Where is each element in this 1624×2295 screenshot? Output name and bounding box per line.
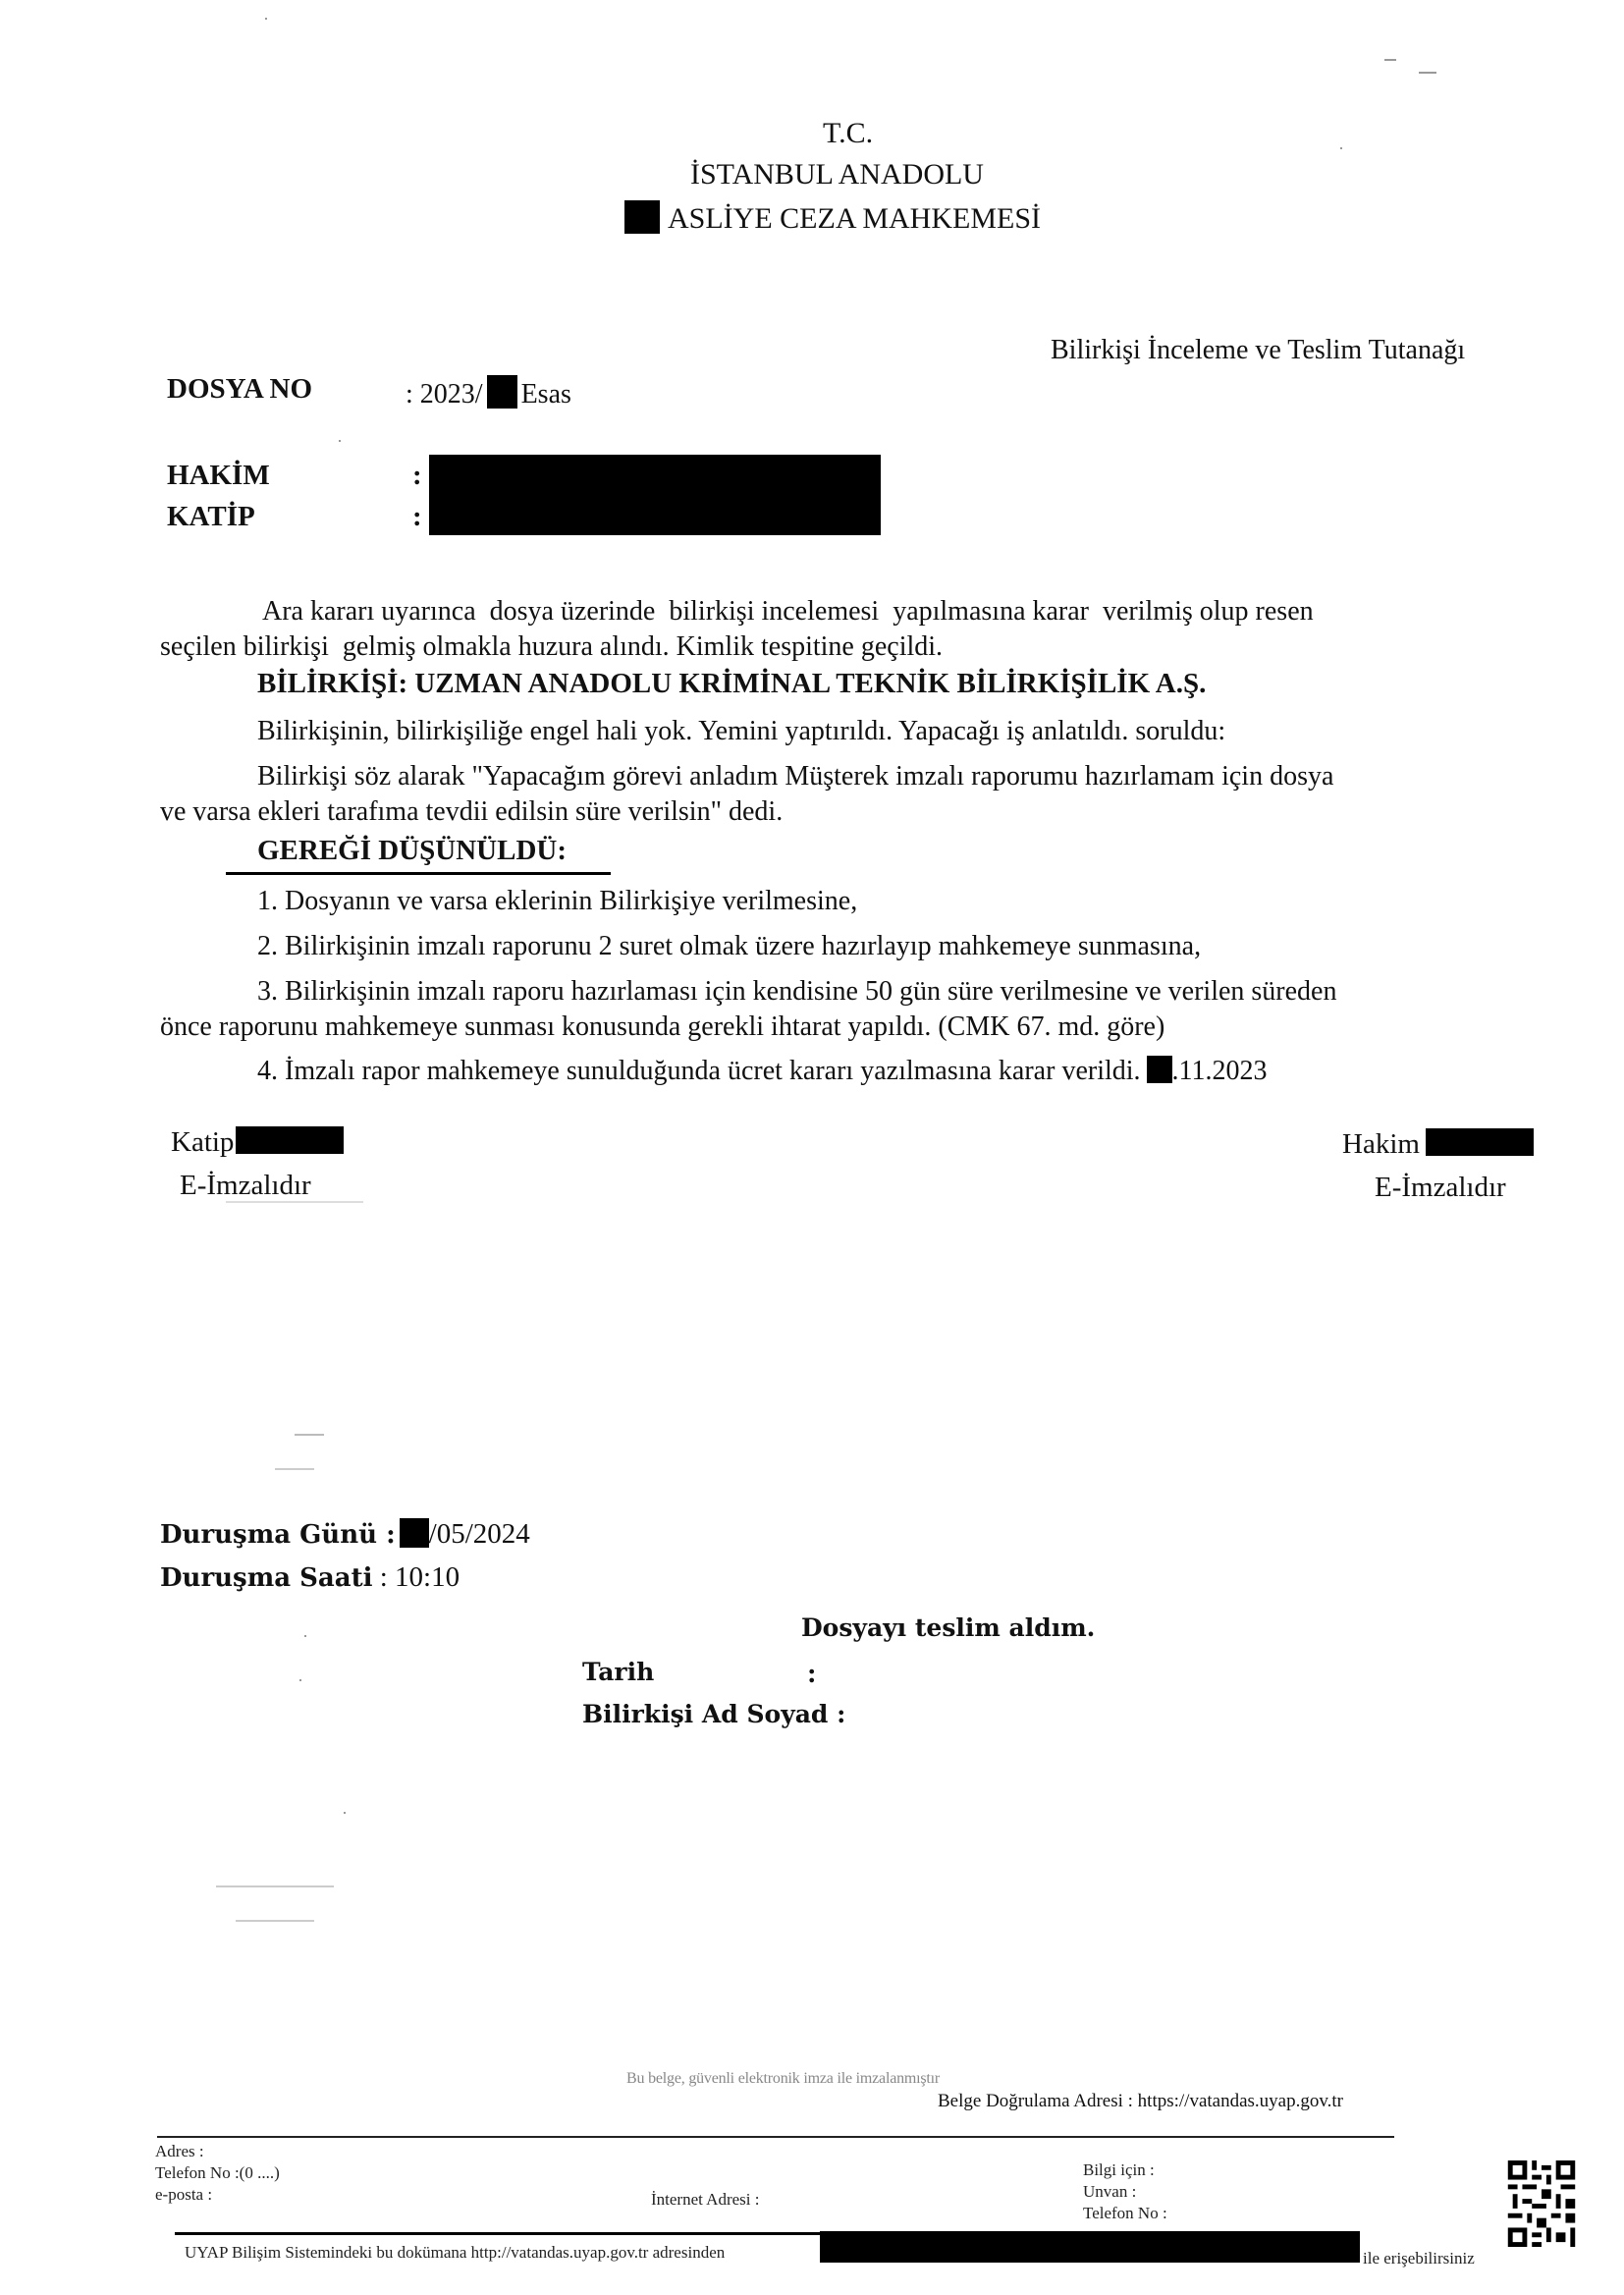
decision-item-3-line-2: önce raporunu mahkemeye sunması konusund… [160, 1010, 1164, 1045]
katip-colon: : [412, 501, 422, 533]
court-name: ASLİYE CEZA MAHKEMESİ [668, 202, 1041, 235]
scan-speck [299, 1679, 301, 1681]
geregi-underline [226, 872, 611, 875]
scan-speck [344, 1812, 346, 1814]
redaction-katip-name [236, 1126, 344, 1154]
dosya-no-label: DOSYA NO [167, 373, 312, 406]
geregi-heading: GEREĞİ DÜŞÜNÜLDÜ: [257, 835, 567, 867]
hakim-colon: : [412, 460, 422, 492]
footer-address: Adres : [155, 2142, 204, 2161]
receipt-title: Dosyayı teslim aldım. [801, 1613, 1095, 1642]
hearing-time-label: Duruşma Saati [160, 1563, 372, 1593]
katip-label: KATİP [167, 501, 255, 533]
hakim-e-signed: E-İmzalıdır [1375, 1171, 1506, 1204]
document-type: Bilirkişi İnceleme ve Teslim Tutanağı [1051, 335, 1465, 366]
qr-code-icon [1507, 2160, 1576, 2247]
scan-speck [1419, 72, 1436, 74]
verification-address: Belge Doğrulama Adresi : https://vatanda… [938, 2091, 1343, 2112]
hearing-time-value: : 10:10 [380, 1561, 460, 1593]
paragraph-1-line-1: Ara kararı uyarınca dosya üzerinde bilir… [262, 594, 1314, 629]
header-city: İSTANBUL ANADOLU [690, 157, 984, 192]
decision-item-1: 1. Dosyanın ve varsa eklerinin Bilirkişi… [257, 884, 857, 919]
paragraph-1-line-2: seçilen bilirkişi gelmiş olmakla huzura … [160, 629, 943, 665]
dosya-suffix: Esas [521, 379, 571, 410]
dosya-no-value: : 2023/Esas [406, 375, 571, 410]
receipt-expert-name-label: Bilirkişi Ad Soyad : [582, 1700, 845, 1728]
scan-speck [1384, 59, 1396, 61]
redaction-file-number [487, 375, 517, 409]
scan-speck [236, 1920, 314, 1922]
katip-sig-label: Katip [171, 1126, 234, 1158]
hakim-sig-label: Hakim [1342, 1128, 1420, 1160]
paragraph-3-line-1: Bilirkişi söz alarak "Yapacağım görevi a… [257, 759, 1333, 794]
katip-e-signed: E-İmzalıdır [180, 1169, 311, 1202]
uyap-access-note: UYAP Bilişim Sistemindeki bu dokümana ht… [185, 2243, 725, 2263]
footer-divider-top [157, 2136, 1394, 2138]
footer-phone: Telefon No :(0 ....) [155, 2163, 280, 2183]
paragraph-3-line-2: ve varsa ekleri tarafıma tevdii edilsin … [160, 794, 783, 830]
dosya-prefix: : 2023/ [406, 379, 483, 410]
hearing-time: Duruşma Saati : 10:10 [160, 1561, 460, 1594]
header-tc: T.C. [823, 116, 873, 151]
footer-internet-address: İnternet Adresi : [651, 2190, 759, 2210]
decision-item-3-line-1: 3. Bilirkişinin imzalı raporu hazırlamas… [257, 974, 1336, 1010]
redaction-access-code [820, 2231, 1360, 2263]
footer-phone-2: Telefon No : [1083, 2204, 1167, 2223]
hakim-label: HAKİM [167, 460, 270, 492]
redaction-court-number [624, 200, 660, 234]
bilirkisi-heading: BİLİRKİŞİ: UZMAN ANADOLU KRİMİNAL TEKNİK… [257, 668, 1206, 700]
e-signature-note: Bu belge, güvenli elektronik imza ile im… [626, 2070, 940, 2088]
decision-item-4-text: 4. İmzalı rapor mahkemeye sunulduğunda ü… [257, 1056, 1141, 1086]
hearing-date-label: Duruşma Günü : [160, 1520, 396, 1550]
scan-speck [304, 1635, 306, 1637]
header-court: ASLİYE CEZA MAHKEMESİ [624, 200, 1041, 237]
decision-date-suffix: .11.2023 [1172, 1056, 1268, 1086]
redaction-hakim-name [1426, 1128, 1534, 1156]
receipt-date-colon: : [807, 1658, 817, 1690]
scan-speck [275, 1468, 314, 1470]
footer-title: Unvan : [1083, 2182, 1136, 2202]
scan-speck [339, 440, 341, 442]
redaction-day [1147, 1056, 1172, 1083]
hakim-signature: Hakim [1342, 1127, 1534, 1161]
paragraph-2: Bilirkişinin, bilirkişiliğe engel hali y… [257, 714, 1225, 749]
uyap-access-note-end: ile erişebilirsiniz [1363, 2249, 1475, 2268]
katip-signature: Katip [171, 1125, 344, 1159]
scan-speck [1340, 147, 1342, 149]
footer-email: e-posta : [155, 2185, 212, 2205]
redaction-hearing-day [400, 1518, 429, 1548]
decision-item-2: 2. Bilirkişinin imzalı raporunu 2 suret … [257, 929, 1201, 964]
scan-speck [295, 1434, 324, 1436]
hearing-date-value: /05/2024 [429, 1518, 530, 1550]
footer-info-contact: Bilgi için : [1083, 2160, 1155, 2180]
redaction-names [429, 455, 881, 535]
hearing-date: Duruşma Günü :/05/2024 [160, 1518, 530, 1551]
scan-speck [265, 18, 267, 20]
receipt-date-label: Tarih [582, 1658, 654, 1686]
decision-item-4: 4. İmzalı rapor mahkemeye sunulduğunda ü… [257, 1054, 1268, 1089]
scan-speck [216, 1885, 334, 1887]
scan-speck [226, 1201, 363, 1203]
